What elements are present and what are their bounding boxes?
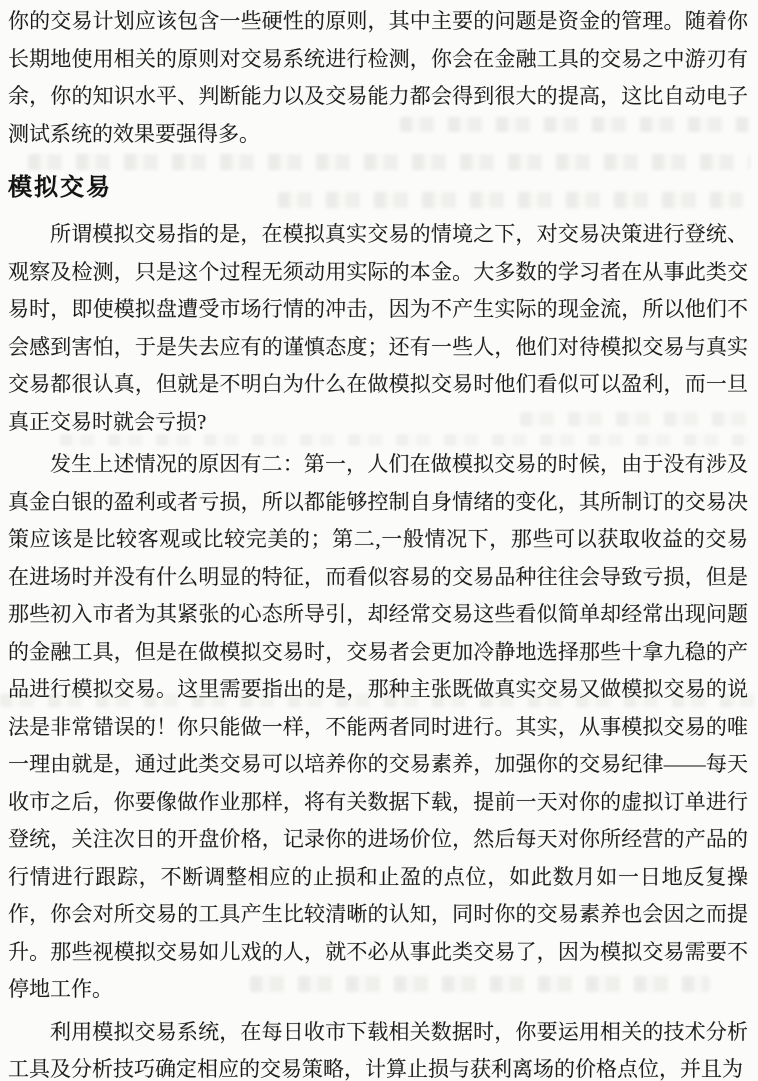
page-body-text: 你的交易计划应该包含一些硬性的原则，其中主要的问题是资金的管理。随着你长期地使用… [0, 0, 758, 1081]
section-heading: 模拟交易 [8, 173, 748, 203]
scanned-book-page: 你的交易计划应该包含一些硬性的原则，其中主要的问题是资金的管理。随着你长期地使用… [0, 0, 758, 1081]
body-paragraph-continuation: 你的交易计划应该包含一些硬性的原则，其中主要的问题是资金的管理。随着你长期地使用… [8, 3, 748, 153]
body-paragraph-definition: 所谓模拟交易指的是，在模拟真实交易的情境之下，对交易决策进行登统、观察及检测，只… [8, 216, 748, 441]
body-paragraph-reasons: 发生上述情况的原因有二：第一，人们在做模拟交易的时候，由于没有涉及真金白银的盈利… [8, 446, 748, 1009]
body-paragraph-system-usage: 利用模拟交易系统，在每日收市下载相关数据时，你要运用相关的技术分析工具及分析技巧… [8, 1014, 748, 1081]
